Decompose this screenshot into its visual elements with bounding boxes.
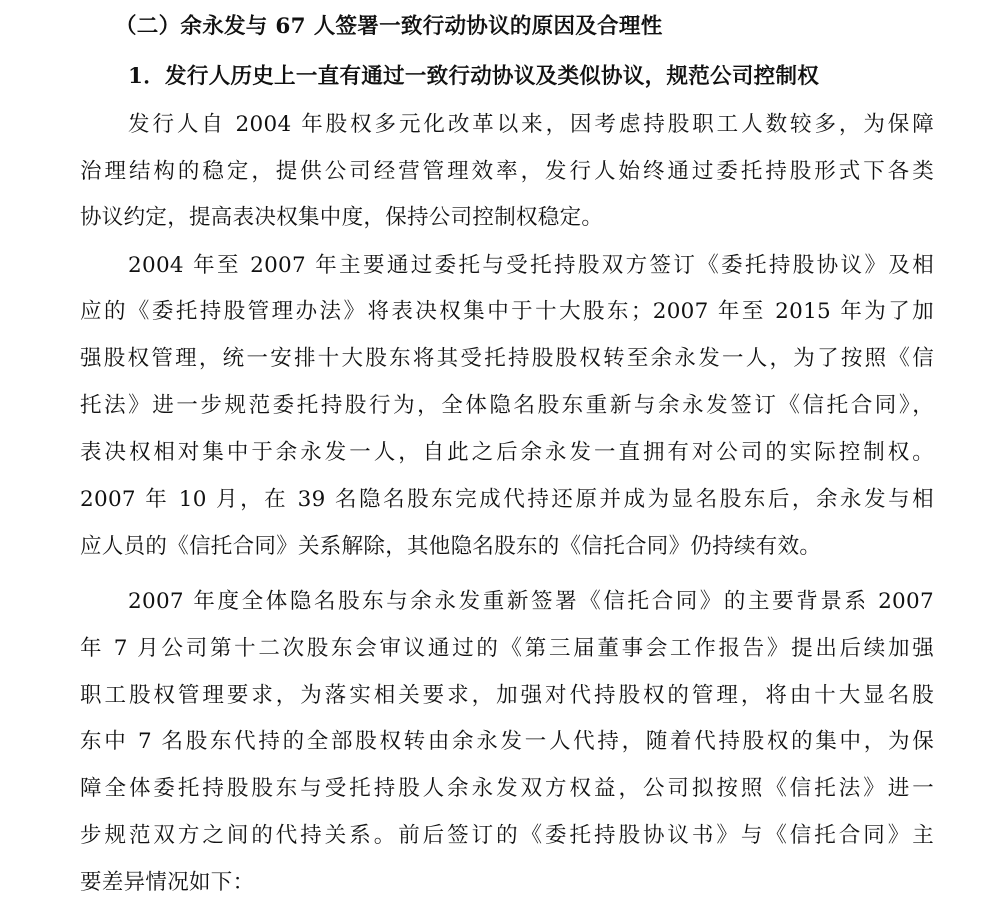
paragraph-line: 应人员的《信托合同》关系解除，其他隐名股东的《信托合同》仍持续有效。 [80,532,934,562]
paragraph-line: 协议约定，提高表决权集中度，保持公司控制权稳定。 [80,203,934,233]
paragraph-line: 应的《委托持股管理办法》将表决权集中于十大股东；2007 年至 2015 年为了… [80,297,934,327]
paragraph-line: 2007 年度全体隐名股东与余永发重新签署《信托合同》的主要背景系 2007 [128,587,934,617]
paragraph-line: 托法》进一步规范委托持股行为，全体隐名股东重新与余永发签订《信托合同》， [80,391,934,421]
paragraph-line: 表决权相对集中于余永发一人，自此之后余永发一直拥有对公司的实际控制权。 [80,438,934,468]
section-heading: （二）余永发与 67 人签署一致行动协议的原因及合理性 [115,12,663,42]
paragraph-line: 要差异情况如下： [80,868,934,898]
paragraph-line: 东中 7 名股东代持的全部股权转由余永发一人代持，随着代持股权的集中，为保 [80,727,934,757]
paragraph-line: 年 7 月公司第十二次股东会审议通过的《第三届董事会工作报告》提出后续加强 [80,634,934,664]
paragraph-line: 步规范双方之间的代持关系。前后签订的《委托持股协议书》与《信托合同》主 [80,821,934,851]
paragraph-line: 发行人自 2004 年股权多元化改革以来，因考虑持股职工人数较多，为保障 [128,110,934,140]
paragraph-line: 职工股权管理要求，为落实相关要求，加强对代持股权的管理，将由十大显名股 [80,681,934,711]
paragraph-line: 强股权管理，统一安排十大股东将其受托持股股权转至余永发一人，为了按照《信 [80,344,934,374]
paragraph-line: 障全体委托持股股东与受托持股人余永发双方权益，公司拟按照《信托法》进一 [80,774,934,804]
paragraph-line: 2007 年 10 月，在 39 名隐名股东完成代持还原并成为显名股东后，余永发… [80,485,934,515]
paragraph-line: 2004 年至 2007 年主要通过委托与受托持股双方签订《委托持股协议》及相 [128,251,934,281]
paragraph-line: 治理结构的稳定，提供公司经营管理效率，发行人始终通过委托持股形式下各类 [80,157,934,187]
subheading: 1．发行人历史上一直有通过一致行动协议及类似协议，规范公司控制权 [128,62,819,92]
